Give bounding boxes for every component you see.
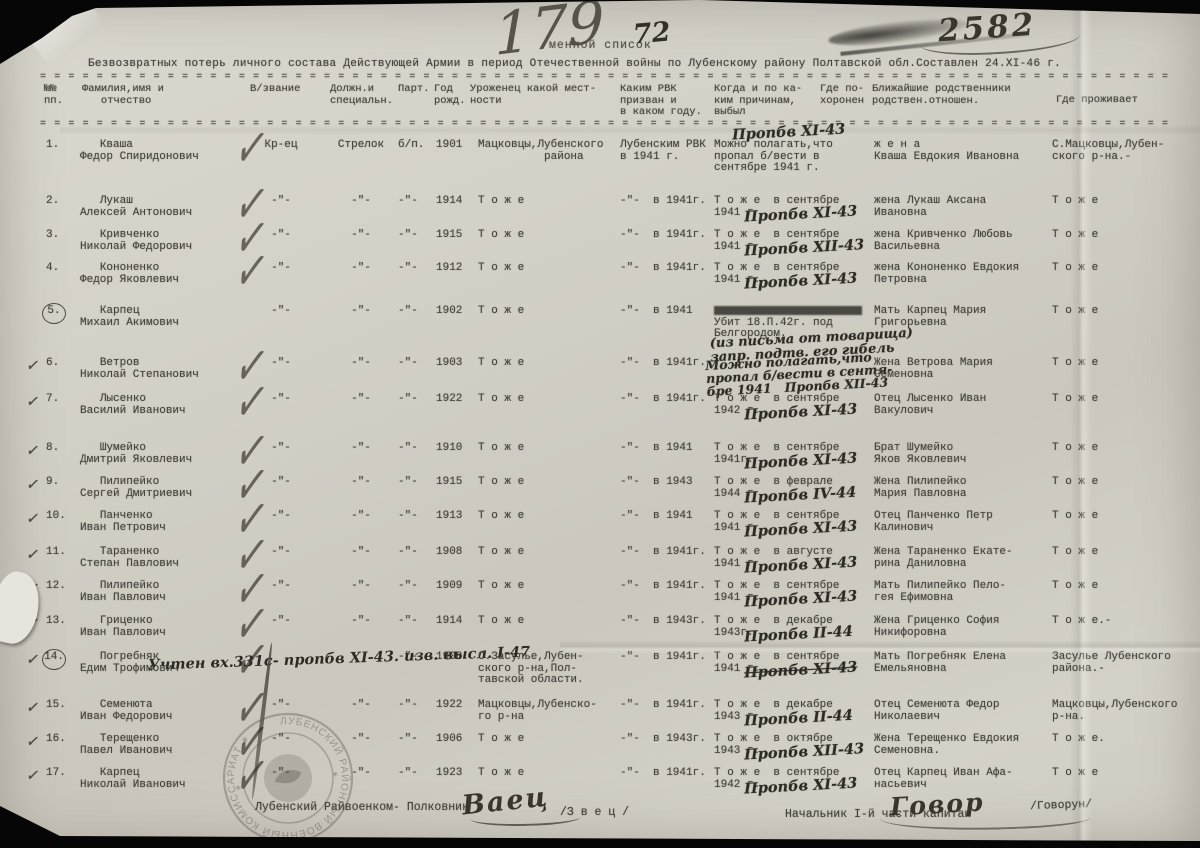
birth-year-cell: 1922 <box>436 700 472 712</box>
checkmark-icon: ✓ <box>26 581 38 597</box>
col-header-fate: Когда и по ка- ким причинам, выбыл <box>714 84 802 119</box>
duty-cell: -"- <box>328 230 394 242</box>
fate-typed-text: Можно полагать,что пропал б/вести в сент… <box>714 139 833 174</box>
residence-cell: Засулье Лубенского района.- <box>1052 652 1198 675</box>
party-cell: -"- <box>398 306 434 318</box>
birth-year-cell: 1923 <box>436 768 472 780</box>
torn-paper-flap <box>0 568 45 648</box>
footer-left-name: /З в е ц / <box>560 806 629 819</box>
footer-right-name: /Говорун/ <box>1030 798 1093 813</box>
rvk-cell: -"- в 1941г. <box>620 768 715 780</box>
fate-cell: Т о ж е в декабре 1943 гПропбв II-44 <box>714 700 882 723</box>
relatives-cell: ж е н а Кваша Евдокия Ивановна <box>874 140 1052 163</box>
duty-cell: -"- <box>328 581 394 593</box>
row-number: 6. <box>46 358 72 370</box>
separator-line: = = = = = = = = = = = = = = = = = = = = … <box>40 72 1190 83</box>
birthplace-cell: Т о ж е <box>478 263 626 275</box>
residence-cell: Т о ж е <box>1052 547 1198 559</box>
col-header-duty: Должн.и специальн. <box>330 84 393 107</box>
soldier-name: Лысенко Василий Иванович <box>80 394 258 417</box>
col-header-birthplace: Уроженец какой мест- ности <box>470 84 596 107</box>
rvk-cell: -"- в 1943 <box>620 477 715 489</box>
birth-year-cell: 1913 <box>436 511 472 523</box>
row-number: 13. <box>46 616 72 628</box>
birth-year-cell: 1903 <box>436 358 472 370</box>
rvk-cell: -"- в 1941г. <box>620 581 715 593</box>
birth-year-cell: 1912 <box>436 263 472 275</box>
col-header-party: Парт. <box>398 84 430 96</box>
fate-cell: Можно полагать,что пропал б/вести в сент… <box>714 140 882 175</box>
birth-year-cell: 1901 <box>436 140 472 152</box>
relatives-cell: Отец Карпец Иван Афа- насьевич <box>874 768 1052 791</box>
row-number: 1. <box>46 140 72 152</box>
footer-left-title: Лубенский Райвоенком- Полковник <box>255 801 469 814</box>
soldier-name: Кваша Федор Спиридонович <box>80 140 258 163</box>
col-header-name: Фамилия,имя и отчество <box>82 84 164 107</box>
party-cell: -"- <box>398 581 434 593</box>
soldier-name: Кривченко Николай Федорович <box>80 230 258 253</box>
birth-year-cell: 1914 <box>436 196 472 208</box>
relatives-cell: жена Кривченко Любовь Васильевна <box>874 230 1052 253</box>
col-header-relatives: Ближайшие родственники родствен.отношен. <box>872 84 1011 107</box>
party-cell: -"- <box>398 263 434 275</box>
fate-cell: Т о ж е в августе 1941 гПропбв XI-43 <box>714 547 882 570</box>
soldier-name: Шумейко Дмитрий Яковлевич <box>80 443 258 466</box>
party-cell: -"- <box>398 358 434 370</box>
relatives-cell: Мать Карпец Мария Григорьевна <box>874 306 1052 329</box>
col-header-rvk: Каким РВК призван и в каком году. <box>620 84 702 119</box>
party-cell: -"- <box>398 196 434 208</box>
rvk-cell: -"- в 1941г. <box>620 263 715 275</box>
soldier-name: Гриценко Иван Павлович <box>80 616 258 639</box>
page-title: Безвозвратных потерь личного состава Дей… <box>88 58 1061 70</box>
soldier-name: Пилипейко Иван Павлович <box>80 581 258 604</box>
col-header-birth-year: Год рожд. <box>434 84 466 107</box>
rank-cell: -"- <box>252 306 310 318</box>
handwritten-list-number: 72 <box>632 16 672 50</box>
birth-year-cell: 1915 <box>436 230 472 242</box>
duty-cell: -"- <box>328 358 394 370</box>
residence-cell: С.Мацковцы,Лубен- ского р-на.- <box>1052 140 1198 163</box>
col-header-rank: В/звание <box>250 84 300 96</box>
row-number: 16. <box>46 734 72 746</box>
birth-year-cell: 1910 <box>436 443 472 455</box>
checkmark-icon: ✓ <box>26 511 38 527</box>
party-cell: -"- <box>398 734 434 746</box>
birthplace-cell: Т о ж е <box>478 734 626 746</box>
checkmark-icon: ✓ <box>26 768 38 784</box>
duty-cell: -"- <box>328 616 394 628</box>
duty-cell: -"- <box>328 196 394 208</box>
residence-cell: Т о ж е <box>1052 768 1198 780</box>
fate-cell: Т о ж е в сентябре 1941 гПропбв XII-43 <box>714 230 882 253</box>
relatives-cell: Отец Панченко Петр Калинович <box>874 511 1052 534</box>
residence-cell: Мацковцы,Лубенского р-на. <box>1052 700 1198 723</box>
relatives-cell: Жена Пилипейко Мария Павловна <box>874 477 1052 500</box>
party-cell: -"- <box>398 768 434 780</box>
birthplace-cell: Т о ж е <box>478 230 626 242</box>
fate-cell: Т о ж е в декабре 1943г.Пропбв II-44 <box>714 616 882 639</box>
birth-year-cell: 1908 <box>436 547 472 559</box>
party-cell: -"- <box>398 230 434 242</box>
svg-text:✶: ✶ <box>234 783 243 796</box>
birth-year-cell: 1915 <box>436 477 472 489</box>
duty-cell: -"- <box>328 306 394 318</box>
row-number: 10. <box>46 511 72 523</box>
fate-cell: Т о ж е в сентябре 1941г.Пропбв XI-43 <box>714 443 882 466</box>
rvk-cell: -"- в 1941г. <box>620 394 715 406</box>
party-cell: -"- <box>398 394 434 406</box>
fate-cell: Убит 18.П.42г. под Белгородом.(из письма… <box>714 306 882 341</box>
col-header-residence: Где проживает <box>1056 95 1138 107</box>
fate-cell: Т о ж е в сентябре 1941 г.Пропбв XI-43 <box>714 263 882 286</box>
soldier-name: Карпец Михаил Акимович <box>80 306 258 329</box>
duty-cell: -"- <box>328 477 394 489</box>
checkmark-icon: ✓ <box>26 652 38 668</box>
rvk-cell: -"- в 1941 <box>620 511 715 523</box>
residence-cell: Т о ж е. <box>1052 734 1198 746</box>
soldier-name: Лукаш Алексей Антонович <box>80 196 258 219</box>
residence-cell: Т о ж е <box>1052 230 1198 242</box>
residence-cell: Т о ж е <box>1052 358 1198 370</box>
birthplace-cell: Т о ж е <box>478 581 626 593</box>
birthplace-cell: Т о ж е <box>478 616 626 628</box>
soldier-name: Ветров Николай Степанович <box>80 358 258 381</box>
birth-year-cell: 1922 <box>436 394 472 406</box>
paper-sheet: 179 менной список 72 2582 Безвозвратных … <box>0 0 1200 848</box>
birthplace-cell: Мацковцы,Лубенско- го р-на <box>478 700 626 723</box>
separator-line: = = = = = = = = = = = = = = = = = = = = … <box>40 119 1190 130</box>
rvk-cell: -"- в 1941 <box>620 443 715 455</box>
birthplace-cell: Т о ж е <box>478 306 626 318</box>
row-number: 17. <box>46 768 72 780</box>
rvk-cell: -"- в 1943г. <box>620 616 715 628</box>
duty-cell: -"- <box>328 443 394 455</box>
duty-cell: -"- <box>328 547 394 559</box>
residence-cell: Т о ж е.- <box>1052 616 1198 628</box>
rvk-cell: -"- в 1941 <box>620 306 715 318</box>
birthplace-cell: Т о ж е <box>478 358 626 370</box>
fate-cell: Т о ж е в октябре 1943 г.Пропбв XII-43 <box>714 734 882 757</box>
rvk-cell: -"- в 1941г. <box>620 358 715 370</box>
birthplace-cell: Т о ж е <box>478 394 626 406</box>
relatives-cell: Жена Тараненко Екате- рина Даниловна <box>874 547 1052 570</box>
row-number: 3. <box>46 230 72 242</box>
relatives-cell: Отец Семенюта Федор Николаевич <box>874 700 1052 723</box>
birth-year-cell: 1902 <box>436 306 472 318</box>
row-number: 8. <box>46 443 72 455</box>
birth-year-cell: 1914 <box>436 616 472 628</box>
rvk-cell: -"- в 1941г. <box>620 196 715 208</box>
duty-cell: -"- <box>328 511 394 523</box>
rvk-cell: Лубенским РВК в 1941 г. <box>620 140 715 163</box>
fate-cell: Т о ж е в сентябре 1942 г.Пропбв XI-43 <box>714 394 882 417</box>
row-number: 7. <box>46 394 72 406</box>
birth-year-cell: 1909 <box>436 581 472 593</box>
fate-cell: Т о ж е в сентябре 1941 г.Пропбв XI-43 <box>714 581 882 604</box>
ink-blot <box>714 306 862 315</box>
checkmark-icon: ✓ <box>26 616 38 632</box>
col-header-num: №№ пп. <box>44 84 63 107</box>
birthplace-cell: Мацковцы,Лубенского района <box>478 140 626 163</box>
checkmark-icon: ✓ <box>26 547 38 563</box>
birthplace-cell: Т о ж е <box>478 547 626 559</box>
birthplace-cell: Т о ж е <box>478 443 626 455</box>
residence-cell: Т о ж е <box>1052 263 1198 275</box>
party-cell: -"- <box>398 547 434 559</box>
party-cell: -"- <box>398 616 434 628</box>
checkmark-icon: ✓ <box>26 443 38 459</box>
row-number: 14. <box>42 649 66 670</box>
birthplace-cell: Т о ж е <box>478 196 626 208</box>
residence-cell: Т о ж е <box>1052 477 1198 489</box>
checkmark-icon: ✓ <box>26 477 38 493</box>
checkmark-icon: ✓ <box>26 394 38 410</box>
row-number: 4. <box>46 263 72 275</box>
relatives-cell: Брат Шумейко Яков Яковлевич <box>874 443 1052 466</box>
row-number: 5. <box>42 303 66 324</box>
residence-cell: Т о ж е <box>1052 306 1198 318</box>
document-scan: 179 менной список 72 2582 Безвозвратных … <box>0 0 1200 848</box>
row-number: 2. <box>46 196 72 208</box>
relatives-cell: Мать Пилипейко Пело- гея Ефимовна <box>874 581 1052 604</box>
duty-cell: -"- <box>328 394 394 406</box>
soldier-name: Кононенко Федор Яковлевич <box>80 263 258 286</box>
rvk-cell: -"- в 1941г. <box>620 700 715 712</box>
relatives-cell: Жена Ветрова Мария Семеновна <box>874 358 1052 381</box>
fate-cell: Т о ж е в феврале 1944 гПропбв IV-44 <box>714 477 882 500</box>
party-cell: б/п. <box>398 140 434 152</box>
residence-cell: Т о ж е <box>1052 196 1198 208</box>
relatives-cell: Жена Гриценко София Никифоровна <box>874 616 1052 639</box>
relatives-cell: Жена Терещенко Евдокия Семеновна. <box>874 734 1052 757</box>
soldier-name: Тараненко Степан Павлович <box>80 547 258 570</box>
soldier-name: Панченко Иван Петрович <box>80 511 258 534</box>
birthplace-cell: Т о ж е <box>478 477 626 489</box>
col-header-buried: Где по- хоронен <box>820 84 864 107</box>
row-number: 9. <box>46 477 72 489</box>
checkmark-icon: ✓ <box>26 734 38 750</box>
birth-year-cell: 1906 <box>436 734 472 746</box>
relatives-cell: Отец Лысенко Иван Вакулович <box>874 394 1052 417</box>
relatives-cell: жена Кононенко Евдокия Петровна <box>874 263 1052 286</box>
relatives-cell: Мать Погребняк Елена Емельяновна <box>874 652 1052 675</box>
party-cell: -"- <box>398 477 434 489</box>
relatives-cell: жена Лукаш Аксана Ивановна <box>874 196 1052 219</box>
birthplace-cell: Т о ж е <box>478 511 626 523</box>
soldier-name: Пилипейко Сергей Дмитриевич <box>80 477 258 500</box>
party-cell: -"- <box>398 511 434 523</box>
rvk-cell: -"- в 1943г. <box>620 734 715 746</box>
party-cell: -"- <box>398 443 434 455</box>
rvk-cell: -"- в 1941г. <box>620 230 715 242</box>
row-number: 12. <box>46 581 72 593</box>
row-number: 15. <box>46 700 72 712</box>
duty-cell: -"- <box>328 263 394 275</box>
duty-cell: Стрелок <box>328 140 394 152</box>
rvk-cell: -"- в 1941г. <box>620 547 715 559</box>
handwritten-fate-note: Можно полагать,что пропал б/вести в сент… <box>705 349 897 398</box>
fate-cell: Т о ж е в сентябре 1941 гПропбв XI-43 <box>714 511 882 534</box>
fate-cell: Т о ж е в сентябре 1941 г.Пропбв XI-43 <box>714 652 882 675</box>
residence-cell: Т о ж е <box>1052 511 1198 523</box>
party-cell: -"- <box>398 700 434 712</box>
residence-cell: Т о ж е <box>1052 581 1198 593</box>
round-stamp-icon: ЛУБЕНСКИЙ РАЙОННЫЙ ВОЕННЫЙ КОМИССАРИАТ ✶… <box>211 701 365 848</box>
checkmark-icon: ✓ <box>26 358 38 374</box>
birthplace-cell: Т о ж е <box>478 768 626 780</box>
residence-cell: Т о ж е <box>1052 443 1198 455</box>
residence-cell: Т о ж е <box>1052 394 1198 406</box>
fate-cell: Т о ж е в сентябре 1942 г.Пропбв XI-43 <box>714 768 882 791</box>
fate-cell: Т о ж е в сентябре 1941 гПропбв XI-43 <box>714 196 882 219</box>
row-number: 11. <box>46 547 72 559</box>
checkmark-icon: ✓ <box>26 700 38 716</box>
